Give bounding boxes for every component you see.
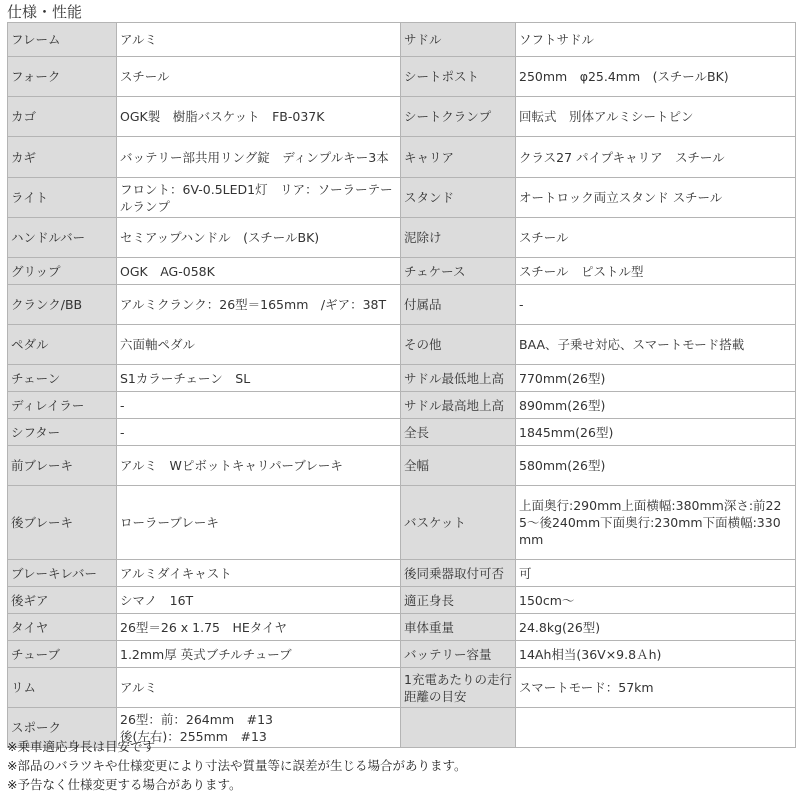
spec-value <box>516 708 796 748</box>
spec-value: OGK製 樹脂バスケット FB-037K <box>117 97 401 137</box>
spec-row: タイヤ26型＝26 x 1.75 HEタイヤ車体重量24.8kg(26型) <box>8 614 796 641</box>
spec-label: ハンドルバー <box>8 218 117 258</box>
spec-value: 可 <box>516 560 796 587</box>
spec-label: カギ <box>8 137 117 178</box>
spec-value: 150cm〜 <box>516 587 796 614</box>
spec-label: チューブ <box>8 641 117 668</box>
spec-label: スタンド <box>401 178 516 218</box>
spec-label: クランク/BB <box>8 285 117 325</box>
spec-row: カギバッテリー部共用リング錠 ディンプルキー3本キャリアクラス27 パイプキャリ… <box>8 137 796 178</box>
spec-label: ライト <box>8 178 117 218</box>
spec-row: ペダル六面軸ペダルその他BAA、子乗せ対応、スマートモード搭載 <box>8 325 796 365</box>
spec-row: チューブ1.2mm厚 英式ブチルチューブバッテリー容量14Ah相当(36V×9.… <box>8 641 796 668</box>
spec-value: 890mm(26型) <box>516 392 796 419</box>
spec-label: 適正身長 <box>401 587 516 614</box>
spec-value: ローラーブレーキ <box>117 486 401 560</box>
spec-value: 1845mm(26型) <box>516 419 796 446</box>
note-line: ※予告なく仕様変更する場合があります。 <box>7 775 466 794</box>
section-title: 仕様・性能 <box>7 2 82 22</box>
spec-value: 1.2mm厚 英式ブチルチューブ <box>117 641 401 668</box>
spec-row: 後ギアシマノ 16T適正身長150cm〜 <box>8 587 796 614</box>
spec-table: フレームアルミサドルソフトサドルフォークスチールシートポスト250mm φ25.… <box>7 22 796 748</box>
spec-label: 前ブレーキ <box>8 446 117 486</box>
spec-label: フレーム <box>8 23 117 57</box>
spec-row: グリップOGK AG-058Kチェケーススチール ピストル型 <box>8 258 796 285</box>
spec-value: スチール <box>516 218 796 258</box>
spec-value: 770mm(26型) <box>516 365 796 392</box>
spec-label: 車体重量 <box>401 614 516 641</box>
note-line: ※乗車適応身長は目安です <box>7 737 466 756</box>
spec-label: 1充電あたりの走行距離の目安 <box>401 668 516 708</box>
spec-row: チェーンS1カラーチェーン SLサドル最低地上高770mm(26型) <box>8 365 796 392</box>
spec-value: - <box>117 392 401 419</box>
spec-value: スマートモード：57km <box>516 668 796 708</box>
spec-label: 付属品 <box>401 285 516 325</box>
spec-label: チェーン <box>8 365 117 392</box>
spec-label: シートポスト <box>401 57 516 97</box>
spec-row: ライトフロント：6V-0.5LED1灯 リア：ソーラーテールランプスタンドオート… <box>8 178 796 218</box>
spec-row: 後ブレーキローラーブレーキバスケット上面奥行:290mm上面横幅:380mm深さ… <box>8 486 796 560</box>
spec-value: OGK AG-058K <box>117 258 401 285</box>
spec-label: 泥除け <box>401 218 516 258</box>
spec-value: 上面奥行:290mm上面横幅:380mm深さ:前225〜後240mm下面奥行:2… <box>516 486 796 560</box>
spec-value: 24.8kg(26型) <box>516 614 796 641</box>
spec-label: リム <box>8 668 117 708</box>
spec-row: 前ブレーキアルミ Wピボットキャリパーブレーキ全幅580mm(26型) <box>8 446 796 486</box>
spec-label: タイヤ <box>8 614 117 641</box>
spec-row: シフター-全長1845mm(26型) <box>8 419 796 446</box>
spec-label: バスケット <box>401 486 516 560</box>
spec-row: リムアルミ1充電あたりの走行距離の目安スマートモード：57km <box>8 668 796 708</box>
spec-label: サドル最高地上高 <box>401 392 516 419</box>
spec-label: フォーク <box>8 57 117 97</box>
spec-value: スチール <box>117 57 401 97</box>
spec-value: アルミ <box>117 668 401 708</box>
note-line: ※部品のバラツキや仕様変更により寸法や質量等に誤差が生じる場合があります。 <box>7 756 466 775</box>
spec-value: ソフトサドル <box>516 23 796 57</box>
spec-value: 回転式 別体アルミシートピン <box>516 97 796 137</box>
spec-value: - <box>516 285 796 325</box>
spec-label: ペダル <box>8 325 117 365</box>
spec-value: アルミダイキャスト <box>117 560 401 587</box>
spec-label: キャリア <box>401 137 516 178</box>
spec-value: 26型＝26 x 1.75 HEタイヤ <box>117 614 401 641</box>
spec-label: 全幅 <box>401 446 516 486</box>
spec-value: アルミクランク：26型＝165mm /ギア：38T <box>117 285 401 325</box>
spec-value: 250mm φ25.4mm (スチールBK) <box>516 57 796 97</box>
spec-label: サドル <box>401 23 516 57</box>
spec-row: ブレーキレバーアルミダイキャスト後同乗器取付可否可 <box>8 560 796 587</box>
spec-value: クラス27 パイプキャリア スチール <box>516 137 796 178</box>
spec-value: セミアップハンドル (スチールBK) <box>117 218 401 258</box>
spec-row: フレームアルミサドルソフトサドル <box>8 23 796 57</box>
spec-row: カゴOGK製 樹脂バスケット FB-037Kシートクランプ回転式 別体アルミシー… <box>8 97 796 137</box>
spec-label: シートクランプ <box>401 97 516 137</box>
spec-value: アルミ Wピボットキャリパーブレーキ <box>117 446 401 486</box>
spec-label: バッテリー容量 <box>401 641 516 668</box>
spec-label: カゴ <box>8 97 117 137</box>
spec-value: オートロック両立スタンド スチール <box>516 178 796 218</box>
spec-label: その他 <box>401 325 516 365</box>
spec-label: サドル最低地上高 <box>401 365 516 392</box>
spec-label: グリップ <box>8 258 117 285</box>
spec-label: シフター <box>8 419 117 446</box>
spec-value: 580mm(26型) <box>516 446 796 486</box>
spec-value: スチール ピストル型 <box>516 258 796 285</box>
spec-value: BAA、子乗せ対応、スマートモード搭載 <box>516 325 796 365</box>
spec-row: ディレイラー-サドル最高地上高890mm(26型) <box>8 392 796 419</box>
notes: ※乗車適応身長は目安です ※部品のバラツキや仕様変更により寸法や質量等に誤差が生… <box>7 737 466 794</box>
spec-value: アルミ <box>117 23 401 57</box>
spec-row: ハンドルバーセミアップハンドル (スチールBK)泥除けスチール <box>8 218 796 258</box>
spec-label: ブレーキレバー <box>8 560 117 587</box>
spec-label: 後ギア <box>8 587 117 614</box>
spec-value: フロント：6V-0.5LED1灯 リア：ソーラーテールランプ <box>117 178 401 218</box>
spec-label: ディレイラー <box>8 392 117 419</box>
spec-value: 六面軸ペダル <box>117 325 401 365</box>
spec-value: 14Ah相当(36V×9.8Ａh) <box>516 641 796 668</box>
spec-row: クランク/BBアルミクランク：26型＝165mm /ギア：38T付属品- <box>8 285 796 325</box>
spec-table-body: フレームアルミサドルソフトサドルフォークスチールシートポスト250mm φ25.… <box>8 23 796 748</box>
spec-value: バッテリー部共用リング錠 ディンプルキー3本 <box>117 137 401 178</box>
spec-label: チェケース <box>401 258 516 285</box>
spec-value: シマノ 16T <box>117 587 401 614</box>
spec-value: - <box>117 419 401 446</box>
spec-value: S1カラーチェーン SL <box>117 365 401 392</box>
spec-label: 後ブレーキ <box>8 486 117 560</box>
spec-label: 全長 <box>401 419 516 446</box>
spec-label: 後同乗器取付可否 <box>401 560 516 587</box>
spec-row: フォークスチールシートポスト250mm φ25.4mm (スチールBK) <box>8 57 796 97</box>
